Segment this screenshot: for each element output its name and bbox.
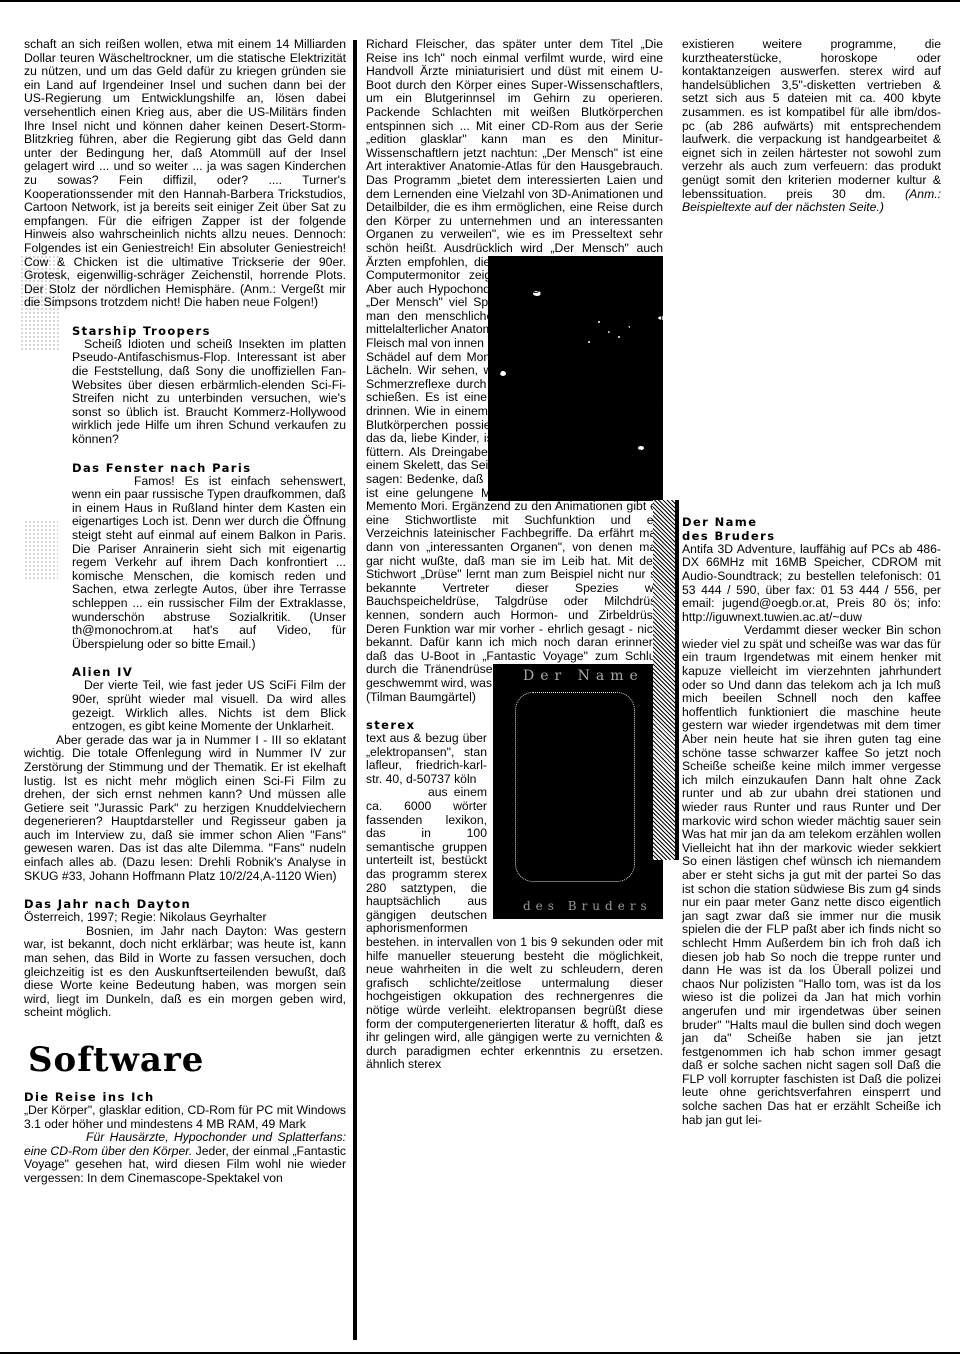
page-top-rule [0, 0, 960, 2]
der-name-des-bruders-logo-image: Der Name des Bruders [493, 664, 663, 919]
article-body: Richard Fleischer, das später unter dem … [366, 38, 663, 691]
section-title-software: Software [28, 1042, 346, 1078]
article-meta: „Der Körper", glasklar edition, CD-Rom f… [24, 1104, 346, 1131]
middle-column: Richard Fleischer, das später unter dem … [366, 38, 663, 505]
article-title: Das Jahr nach Dayton [24, 897, 346, 911]
article-title: Alien IV [72, 665, 346, 679]
article-title: Starship Troopers [72, 324, 346, 338]
article-body: Bosnien, im Jahr nach Dayton: Was gester… [24, 925, 346, 1020]
article-fenster-nach-paris: Das Fenster nach Paris Famos! Es ist ein… [72, 461, 346, 652]
sterex-continued: existieren weitere programme, die kurzth… [682, 38, 941, 215]
left-column: schaft an sich reißen wollen, etwa mit e… [24, 38, 346, 1186]
logo-text-top: Der Name [523, 670, 644, 684]
article-der-name-des-bruders: Der Name des Bruders Antifa 3D Adventure… [682, 515, 941, 1128]
fist-logo-icon [515, 692, 635, 882]
article-body-indented: Der vierte Teil, wie fast jeder US SciFi… [72, 679, 346, 733]
stippled-column-divider [653, 500, 679, 860]
article-reise-ins-ich: Die Reise ins Ich „Der Körper", glasklar… [24, 1090, 346, 1186]
right-column: existieren weitere programme, die kurzth… [682, 38, 941, 1127]
article-meta: Antifa 3D Adventure, lauffähig auf PCs a… [682, 543, 941, 625]
page-bottom-rule [0, 1352, 960, 1354]
article-meta: Österreich, 1997; Regie: Nikolaus Geyrha… [24, 911, 346, 925]
article-title-line-1: Der Name [682, 515, 941, 529]
article-body: Verdammt dieser wecker Bin schon wieder … [682, 624, 941, 1127]
column-divider [353, 40, 357, 1340]
article-title-line-2: des Bruders [682, 529, 941, 543]
article-body: Aber gerade das war ja in Nummer I - III… [24, 734, 346, 884]
intro-paragraph: schaft an sich reißen wollen, etwa mit e… [24, 38, 346, 310]
article-jahr-nach-dayton: Das Jahr nach Dayton Österreich, 1997; R… [24, 897, 346, 1020]
logo-text-bottom: des Bruders [523, 900, 652, 914]
article-body: Scheiß Idioten und scheiß Insekten im pl… [72, 338, 346, 447]
article-title: Die Reise ins Ich [24, 1090, 346, 1104]
article-starship-troopers: Starship Troopers Scheiß Idioten und sch… [72, 324, 346, 447]
article-alien-iv: Alien IV Der vierte Teil, wie fast jeder… [24, 665, 346, 883]
article-body: Famos! Es ist einfach sehenswert, wenn e… [72, 475, 346, 652]
article-title: Das Fenster nach Paris [72, 461, 346, 475]
